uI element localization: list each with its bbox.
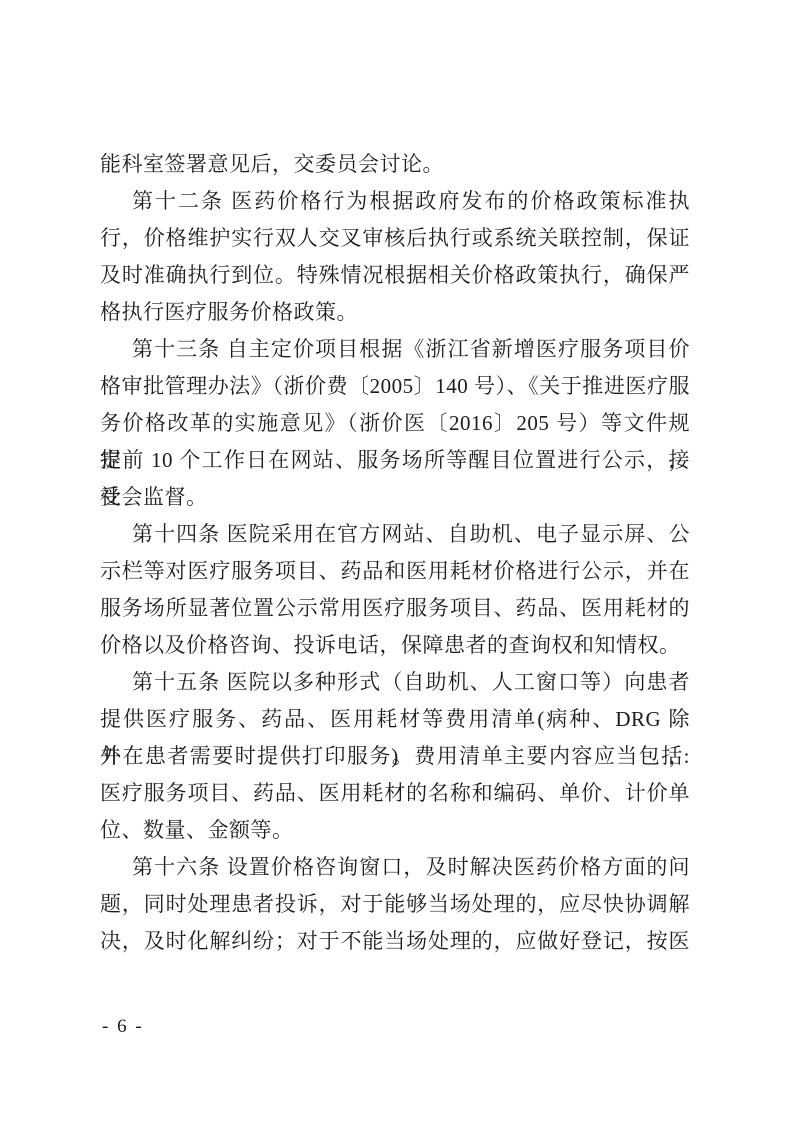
document-body: 能科室签署意见后，交委员会讨论。 第十二条 医药价格行为根据政府发布的价格政策标… xyxy=(100,146,690,960)
body-line: 格审批管理办法》（浙价费〔2005〕140 号）、《关于推进医疗服 xyxy=(100,368,690,405)
page-number: - 6 - xyxy=(102,1014,144,1040)
body-line: 行，价格维护实行双人交叉审核后执行或系统关联控制，保证 xyxy=(100,220,690,257)
body-line: 能科室签署意见后，交委员会讨论。 xyxy=(100,146,690,183)
body-line: 社会监督。 xyxy=(100,479,690,516)
body-line: 并在患者需要时提供打印服务。费用清单主要内容应当包括: xyxy=(100,738,690,775)
body-line: 提前 10 个工作日在网站、服务场所等醒目位置进行公示，接受 xyxy=(100,442,690,479)
body-line: 第十六条 设置价格咨询窗口，及时解决医药价格方面的问 xyxy=(100,849,690,886)
body-line: 第十三条 自主定价项目根据《浙江省新增医疗服务项目价 xyxy=(100,331,690,368)
body-line: 及时准确执行到位。特殊情况根据相关价格政策执行，确保严 xyxy=(100,257,690,294)
body-line: 示栏等对医疗服务项目、药品和医用耗材价格进行公示，并在 xyxy=(100,553,690,590)
body-line: 位、数量、金额等。 xyxy=(100,812,690,849)
body-line: 第十二条 医药价格行为根据政府发布的价格政策标准执 xyxy=(100,183,690,220)
body-line: 提供医疗服务、药品、医用耗材等费用清单(病种、DRG 除外)， xyxy=(100,701,690,738)
body-line: 务价格改革的实施意见》（浙价医〔2016〕205 号）等文件规定， xyxy=(100,405,690,442)
document-page: 能科室签署意见后，交委员会讨论。 第十二条 医药价格行为根据政府发布的价格政策标… xyxy=(0,0,794,1123)
body-line: 医疗服务项目、药品、医用耗材的名称和编码、单价、计价单 xyxy=(100,775,690,812)
body-line: 价格以及价格咨询、投诉电话，保障患者的查询权和知情权。 xyxy=(100,627,690,664)
body-line: 第十四条 医院采用在官方网站、自助机、电子显示屏、公 xyxy=(100,516,690,553)
body-line: 决，及时化解纠纷；对于不能当场处理的，应做好登记，按医 xyxy=(100,923,690,960)
body-line: 题，同时处理患者投诉，对于能够当场处理的，应尽快协调解 xyxy=(100,886,690,923)
body-line: 第十五条 医院以多种形式（自助机、人工窗口等）向患者 xyxy=(100,664,690,701)
body-line: 格执行医疗服务价格政策。 xyxy=(100,294,690,331)
body-line: 服务场所显著位置公示常用医疗服务项目、药品、医用耗材的 xyxy=(100,590,690,627)
